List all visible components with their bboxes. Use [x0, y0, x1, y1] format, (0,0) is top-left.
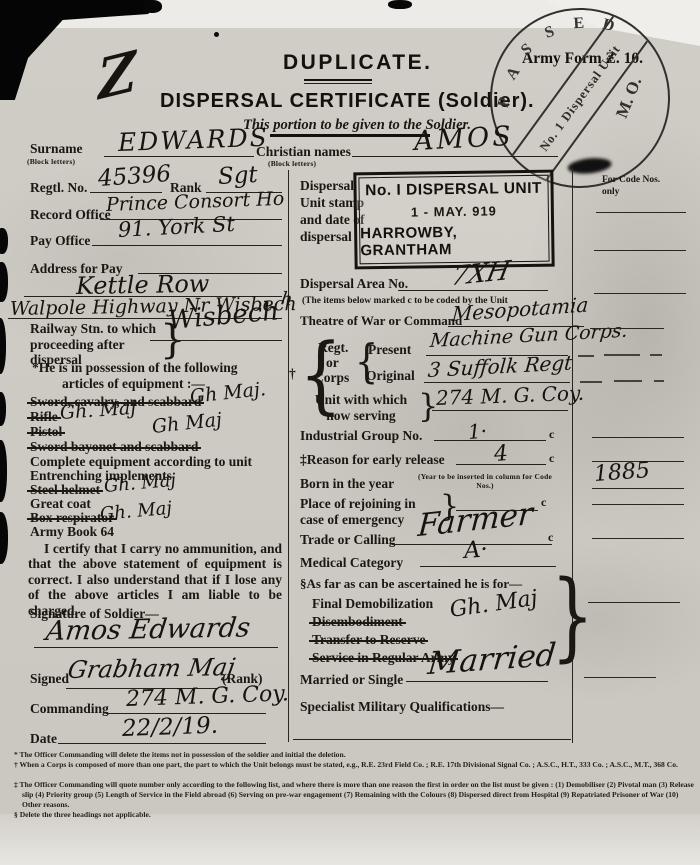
christian-block-letters: (Block letters)	[268, 160, 316, 169]
specialist-qualifications-label: Specialist Military Qualifications—	[300, 699, 504, 715]
code-line	[584, 677, 656, 678]
date-value: 22/2/19.	[122, 713, 219, 742]
record-office-label: Record Office	[30, 207, 111, 223]
stamp-smudge	[567, 156, 612, 176]
code-dash	[614, 380, 642, 382]
heading-rule	[304, 79, 372, 81]
ink-blot	[388, 0, 412, 9]
duplicate-heading: DUPLICATE.	[283, 51, 432, 75]
code-dash	[604, 354, 640, 356]
pay-office-value: 91. York St	[117, 212, 235, 242]
born-year-value: 1885	[593, 458, 651, 487]
stamp-date: 1 - MAY. 919	[411, 203, 497, 219]
reason-early-release-label: ‡Reason for early release	[300, 452, 445, 468]
heading-rule	[304, 83, 372, 84]
demob-option: Final Demobilization	[312, 596, 433, 612]
industrial-group-label: Industrial Group No.	[300, 428, 422, 444]
subtitle-rule	[270, 134, 430, 137]
code-column-header: For Code Nos. only	[602, 174, 664, 199]
signed-label: Signed	[30, 671, 69, 687]
deletion-initials: Gh. Maj	[99, 498, 173, 525]
stamp-unit-name: No. I DISPERSAL UNIT	[365, 180, 542, 200]
medical-category-value: A·	[463, 536, 489, 564]
corps-label: Corps	[314, 370, 349, 386]
code-line	[592, 538, 684, 539]
edge-blot	[0, 228, 8, 254]
scan-bottom-band	[0, 814, 700, 865]
footnote-double-dagger: ‡ The Officer Commanding will quote numb…	[14, 780, 698, 810]
born-year-note: (Year to be inserted in column for Code …	[410, 472, 560, 491]
dispersal-unit-stamp: No. I DISPERSAL UNIT 1 - MAY. 919 HARROW…	[353, 170, 554, 270]
code-dash	[578, 355, 594, 357]
born-year-label: Born in the year	[300, 476, 394, 492]
code-line	[596, 212, 686, 213]
edge-blot	[0, 392, 6, 426]
soldier-signature: Amos Edwards	[44, 612, 252, 647]
code-line	[594, 293, 686, 294]
trade-label: Trade or Calling	[300, 532, 396, 548]
column-divider	[288, 170, 289, 742]
demob-option: Transfer to Reserve	[312, 632, 425, 648]
stamp-location: HARROWBY, GRANTHAM	[360, 222, 548, 259]
code-marker-c: c	[541, 496, 546, 510]
code-dash	[650, 354, 662, 356]
dispersal-area-label: Dispersal Area No.	[300, 276, 408, 292]
medical-rule	[420, 566, 556, 567]
footnote-section: § Delete the three headings not applicab…	[14, 810, 698, 820]
date-rule	[58, 743, 266, 744]
equipment-intro-2: articles of equipment :—	[62, 376, 205, 392]
code-line	[592, 504, 684, 505]
code-line	[590, 328, 664, 329]
demob-brace: }	[551, 568, 594, 664]
rank-value: Sgt	[217, 162, 258, 190]
regt-label: Regt.	[318, 340, 348, 356]
christian-names-label: Christian names	[256, 144, 351, 160]
footnote-dagger: † When a Corps is composed of more than …	[14, 760, 698, 770]
officer-signature: Grabham Maj	[66, 653, 237, 684]
pay-office-rule	[92, 245, 282, 246]
demob-option: Disembodiment	[312, 614, 403, 630]
code-line	[592, 488, 684, 489]
edge-blot	[0, 318, 6, 374]
unit-serving-label: Unit with which now serving	[305, 392, 417, 424]
christian-rule	[352, 156, 558, 157]
code-marker-c: c	[549, 452, 554, 466]
industrial-rule	[434, 440, 546, 441]
surname-block-letters: (Block letters)	[27, 158, 75, 167]
married-rule	[406, 681, 548, 682]
equipment-item: Sword bayonet and scabbard	[30, 439, 198, 455]
signature-rule	[34, 647, 278, 648]
code-line	[592, 437, 684, 438]
code-dash	[654, 380, 664, 382]
equipment-item: Pistol	[30, 424, 62, 440]
original-label: Original	[366, 368, 415, 384]
code-line	[588, 602, 680, 603]
dispersal-area-value: 7XH	[449, 256, 513, 293]
married-value: Married	[426, 637, 557, 682]
ascertained-label: §As far as can be ascertained he is for—	[300, 577, 522, 592]
present-label: Present	[368, 342, 411, 358]
code-marker-c: c	[549, 428, 554, 442]
right-box-bottom	[293, 739, 571, 740]
equipment-item: Army Book 64	[30, 524, 114, 540]
regt-or-label: or	[326, 355, 339, 371]
page-title: DISPERSAL CERTIFICATE (Soldier).	[160, 90, 535, 113]
christian-names-value: AMOS	[413, 121, 514, 157]
surname-value: EDWARDS	[117, 123, 269, 157]
ink-blot	[142, 0, 162, 13]
edge-blot	[0, 440, 7, 502]
code-dash	[580, 381, 602, 383]
deletion-initials: Gh Maj	[151, 409, 223, 438]
regtl-no-value: 45396	[97, 161, 172, 192]
deletion-initials: Gh. Maj	[59, 397, 137, 424]
code-line	[594, 250, 686, 251]
round-passed-stamp: No. 1 Dispersal Unit PASSED M. O.	[487, 5, 673, 191]
commanding-label: Commanding	[30, 701, 109, 717]
code-marker-c: c	[548, 531, 553, 545]
footnote-asterisk: * The Officer Commanding will delete the…	[14, 750, 698, 760]
equipment-item: Rifle	[30, 409, 58, 425]
equipment-intro-1: *He is in possession of the following	[32, 360, 238, 376]
edge-blot	[0, 512, 8, 564]
edge-blot	[0, 262, 8, 302]
unit-serving-rule	[432, 410, 568, 411]
dispersal-certificate-scan: Z DUPLICATE. DISPERSAL CERTIFICATE (Sold…	[0, 0, 700, 865]
pay-office-label: Pay Office	[30, 233, 90, 249]
married-or-single-label: Married or Single	[300, 672, 403, 688]
corner-mark: Z	[97, 38, 138, 113]
commanding-value: 274 M. G. Coy.	[126, 681, 290, 712]
date-label: Date	[30, 731, 57, 747]
railway-rule	[150, 340, 282, 341]
regtl-no-label: Regtl. No.	[30, 180, 87, 196]
surname-rule	[104, 156, 254, 157]
surname-label: Surname	[30, 141, 83, 157]
unit-serving-value: 274 M. G. Coy.	[436, 381, 585, 410]
dispersal-area-rule	[398, 290, 548, 291]
ink-dot	[214, 32, 219, 37]
dagger-mark: †	[289, 366, 296, 382]
reason-rule	[456, 464, 546, 465]
medical-category-label: Medical Category	[300, 555, 403, 571]
